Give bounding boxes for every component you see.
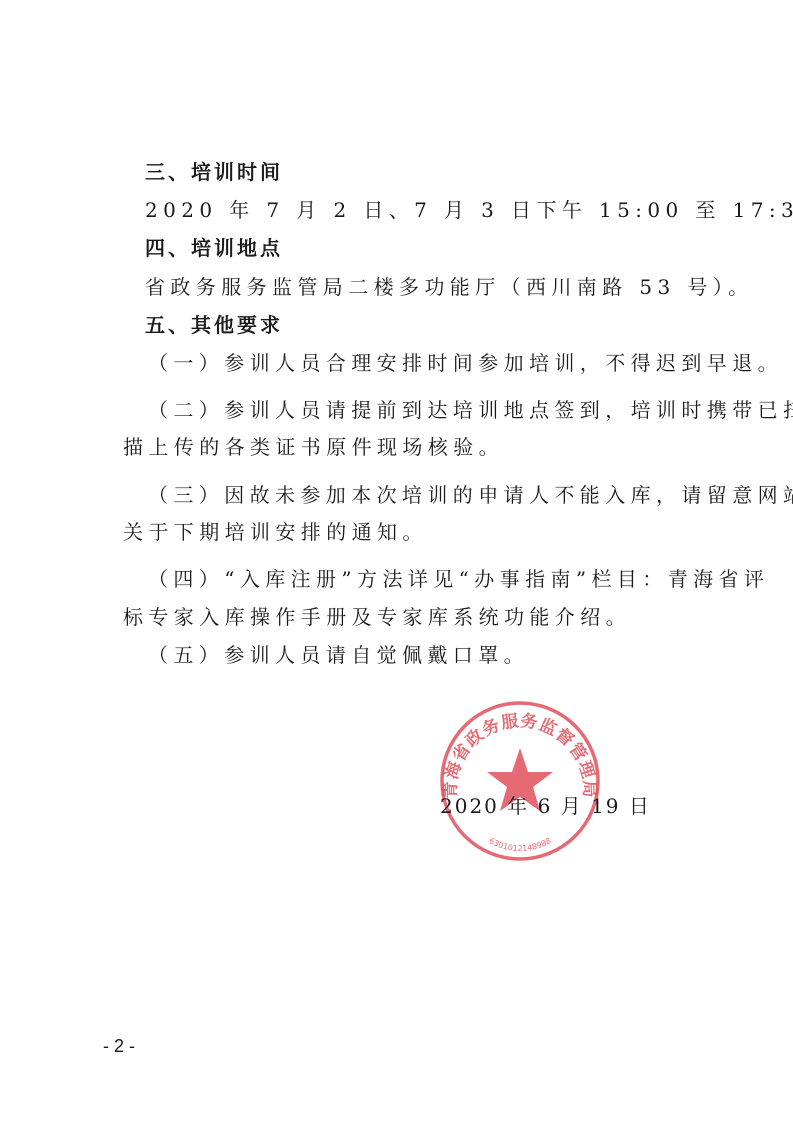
official-seal-icon: 青海省政务服务监督管理局 6301012148988 <box>437 698 603 864</box>
requirement-item-4-cont: 标专家入库操作手册及专家库系统功能介绍。 <box>123 605 631 629</box>
requirement-item-3: （三）因故未参加本次培训的申请人不能入库，请留意网站 <box>148 483 793 507</box>
requirement-item-3-cont: 关于下期培训安排的通知。 <box>123 520 428 544</box>
requirement-item-5: （五）参训人员请自觉佩戴口罩。 <box>148 643 529 667</box>
page-number: - 2 - <box>103 1036 135 1057</box>
requirement-item-2-cont: 描上传的各类证书原件现场核验。 <box>123 435 504 459</box>
requirement-item-1: （一）参训人员合理安排时间参加培训，不得迟到早退。 <box>148 351 783 375</box>
signature-date: 2020 年 6 月 19 日 <box>440 790 651 819</box>
section-heading-location: 四、培训地点 <box>145 236 283 260</box>
training-time-text: 2020 年 7 月 2 日、7 月 3 日下午 15:00 至 17:30。 <box>145 198 793 222</box>
svg-text:6301012148988: 6301012148988 <box>487 836 552 853</box>
section-heading-time: 三、培训时间 <box>145 160 283 184</box>
section-heading-requirements: 五、其他要求 <box>145 313 283 337</box>
requirement-item-4: （四）“入库注册”方法详见“办事指南”栏目：青海省评 <box>148 567 769 591</box>
training-location-text: 省政务服务监管局二楼多功能厅（西川南路 53 号）。 <box>145 275 754 299</box>
requirement-item-2: （二）参训人员请提前到达培训地点签到，培训时携带已扫 <box>148 398 793 422</box>
